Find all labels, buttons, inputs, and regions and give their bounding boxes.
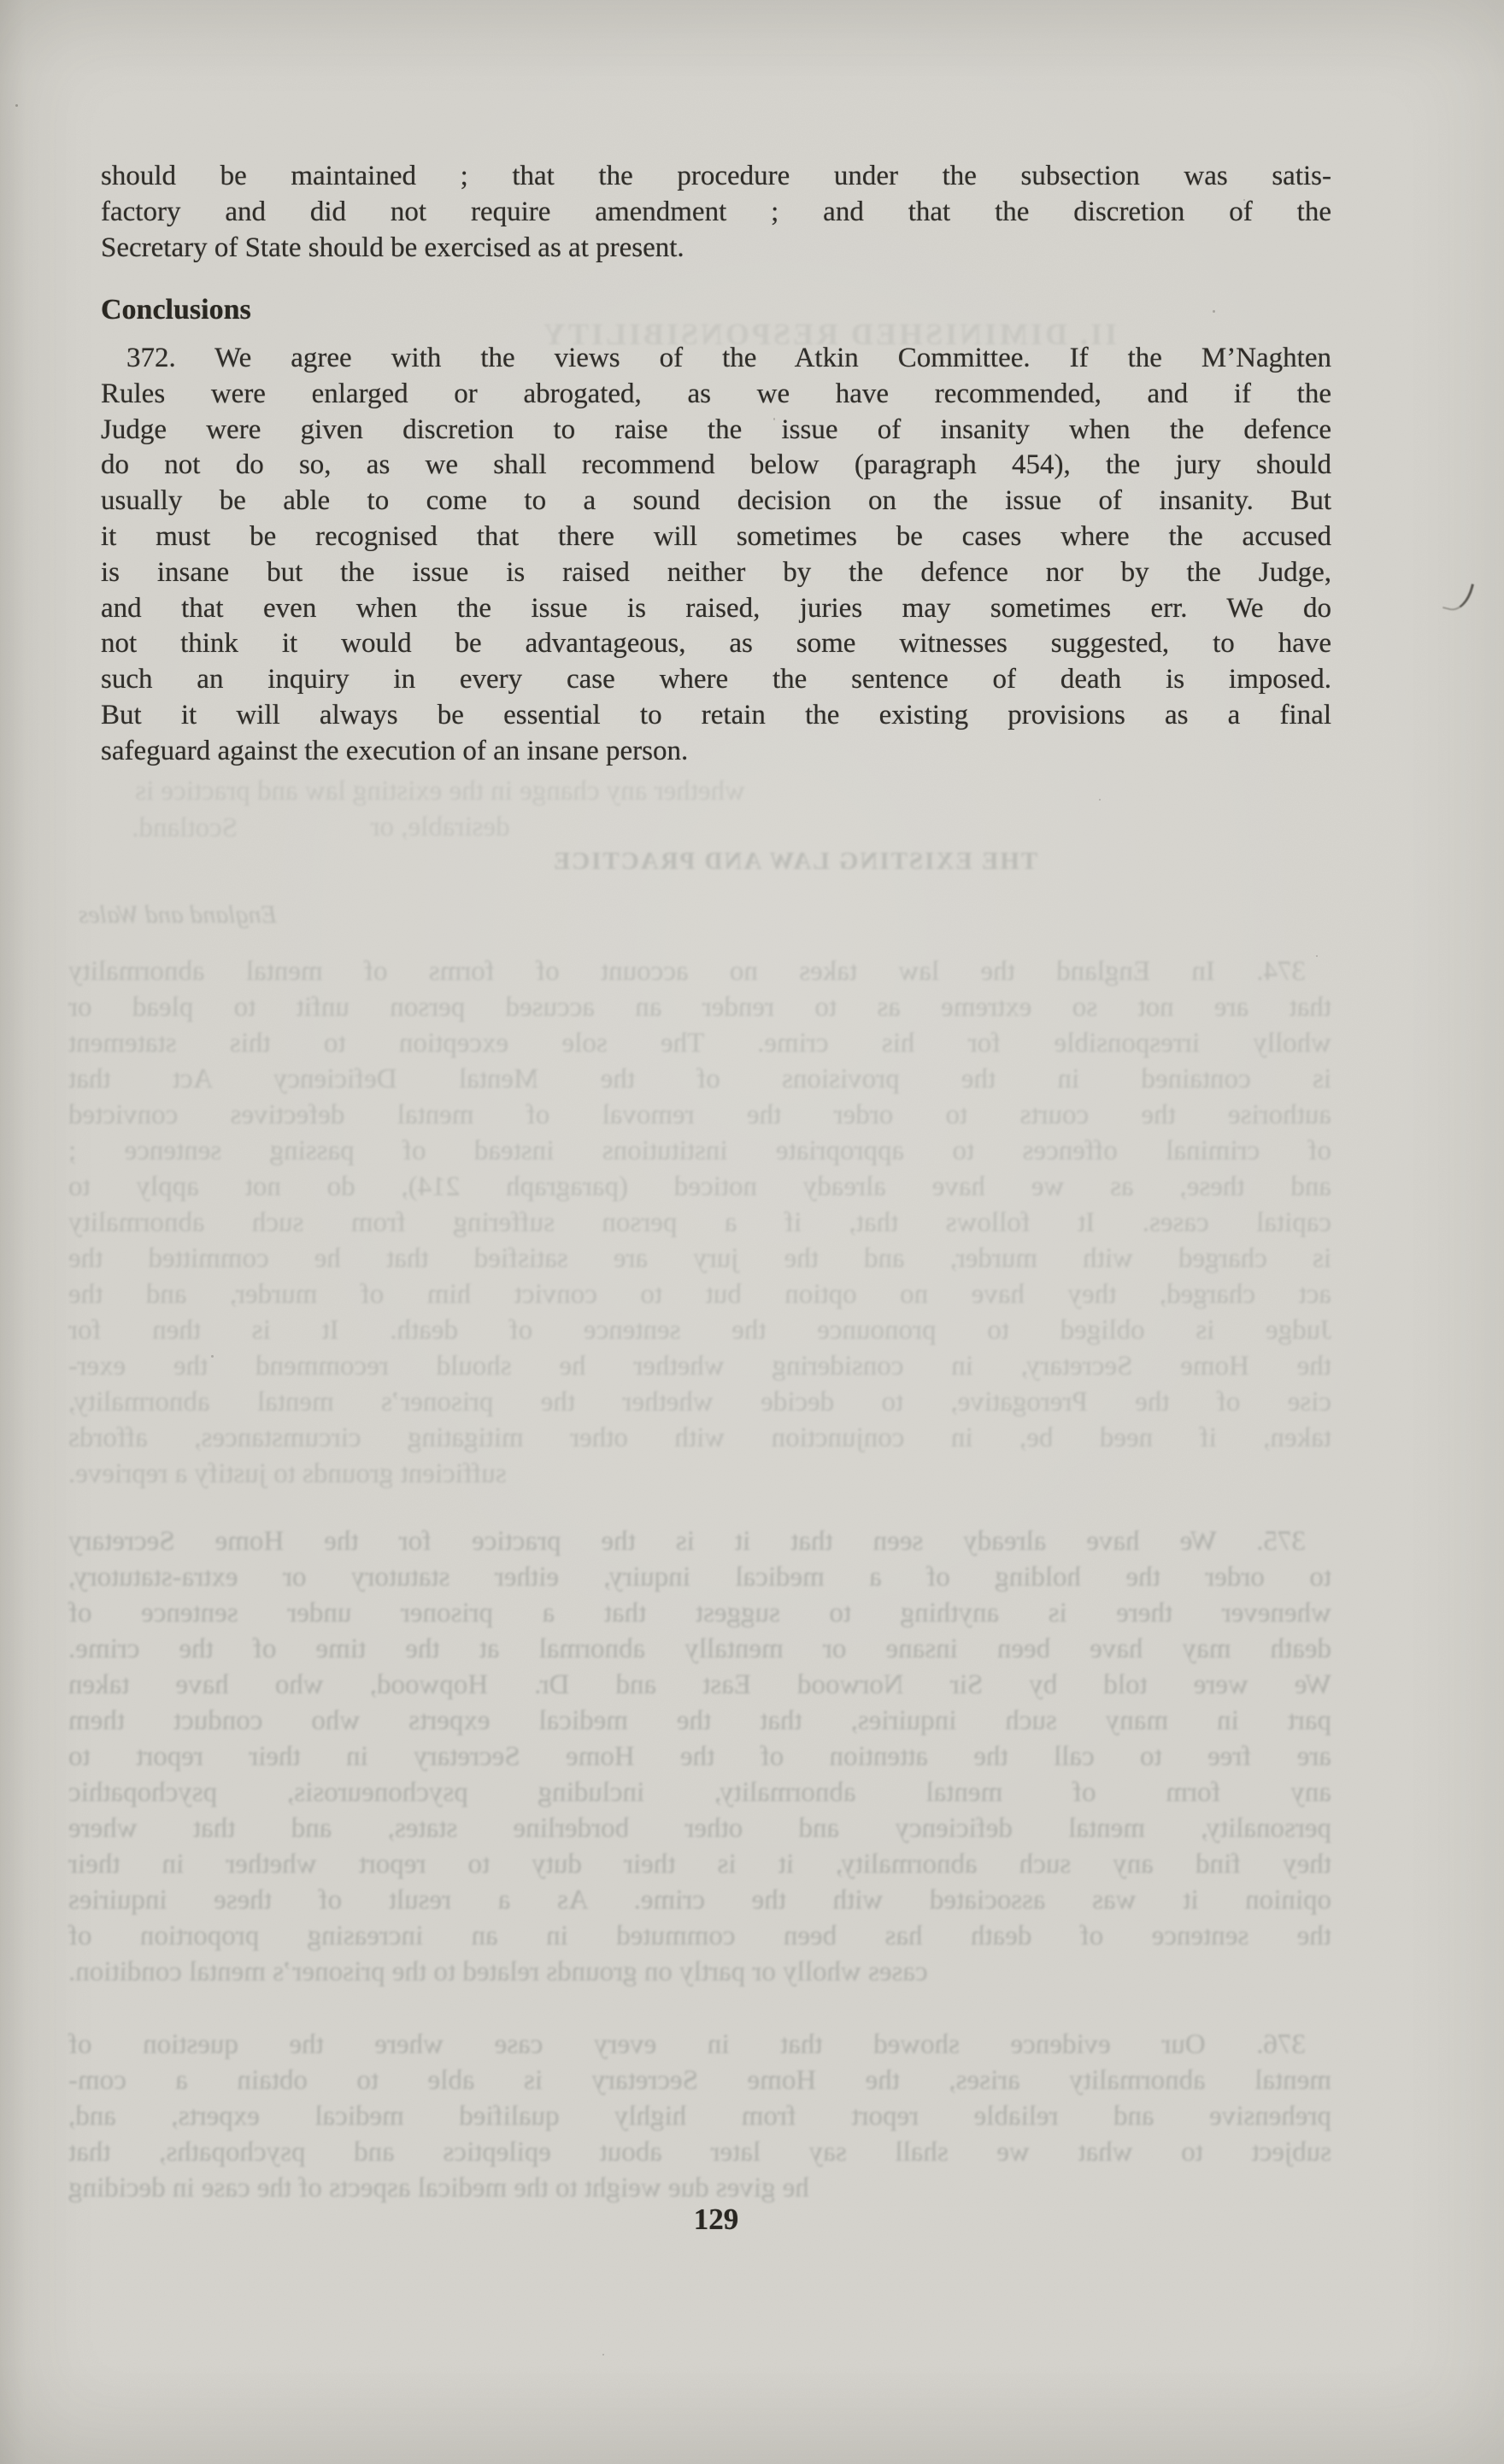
text-line: subject to what we shall say later about…	[68, 2134, 1331, 2170]
text-line: mental abnormality arises, the Home Secr…	[68, 2062, 1331, 2098]
text-line: act charged, they have no option but to …	[68, 1276, 1331, 1312]
text-line: But it will always be essential to retai…	[101, 698, 1331, 734]
text-line: should be maintained ; that the procedur…	[101, 159, 1331, 195]
text-line: is contained in the provisions of the Me…	[68, 1061, 1331, 1097]
bleedthrough-paragraph-376: 376. Our evidence showed that in every c…	[68, 2027, 1331, 2206]
conclusions-heading: Conclusions	[101, 294, 251, 326]
text-line: 372. We agree with the views of the Atki…	[101, 341, 1331, 377]
text-line: cases wholly or partly on grounds relate…	[68, 1954, 1331, 1990]
text-line: personality, mental deficiency and other…	[68, 1810, 1331, 1846]
text-line: that are not so extreme as to render an …	[68, 989, 1331, 1025]
scanned-page: II. DIMINISHED RESPONSIBILITY should be …	[0, 0, 1504, 2464]
text-line: 375. We have already seen that it is the…	[68, 1523, 1331, 1559]
text-line: it must be recognised that there will so…	[101, 519, 1331, 555]
text-line: such an inquiry in every case where the …	[101, 662, 1331, 698]
text-line: of criminal offences to appropriate inst…	[68, 1133, 1331, 1169]
text-line: Secretary of State should be exercised a…	[101, 231, 1331, 267]
text-line: sufficient grounds to justify a reprieve…	[68, 1456, 1331, 1492]
text-line: Judge were given discretion to raise the…	[101, 413, 1331, 449]
text-line: and these, as we have already noticed (p…	[68, 1169, 1331, 1205]
text-line: Rules were enlarged or abrogated, as we …	[101, 377, 1331, 413]
paragraph-372: 372. We agree with the views of the Atki…	[101, 341, 1331, 770]
bleedthrough-paragraph-374: 374. In England the law takes no account…	[68, 953, 1331, 1492]
text-line: taken, if need be, in conjunction with o…	[68, 1420, 1331, 1456]
text-line: he gives due weight to the medical aspec…	[68, 2170, 1331, 2206]
bleedthrough-subheading-england-wales: England and Wales	[75, 901, 277, 930]
text-line: safeguard against the execution of an in…	[101, 734, 1331, 770]
text-line: and that even when the issue is raised, …	[101, 591, 1331, 627]
text-line: 376. Our evidence showed that in every c…	[68, 2027, 1331, 2062]
text-line: is insane but the issue is raised neithe…	[101, 555, 1331, 591]
bleedthrough-fragment-scotland: Scotland.	[109, 810, 238, 846]
text-line: they find any such abnormality, it is th…	[68, 1846, 1331, 1882]
text-line: Judge is obliged to pronounce the senten…	[68, 1312, 1331, 1348]
speck	[15, 104, 18, 107]
speck	[602, 2354, 604, 2355]
text-line: any form of mental abnormality, includin…	[68, 1775, 1331, 1810]
text-line: is charged with murder, and the jury are…	[68, 1241, 1331, 1276]
text-line: capital cases. It follows that, if a per…	[68, 1205, 1331, 1241]
text-line: authorise the courts to order the remova…	[68, 1097, 1331, 1133]
text-line: are free to call the attention of the Ho…	[68, 1739, 1331, 1775]
text-line: opinion it was associated with the crime…	[68, 1882, 1331, 1918]
speck	[1213, 310, 1215, 313]
text-line: factory and did not require amendment ; …	[101, 195, 1331, 231]
text-line: prehensive and reliable report from high…	[68, 2098, 1331, 2134]
bleedthrough-paragraph-375: 375. We have already seen that it is the…	[68, 1523, 1331, 1990]
speck	[1099, 799, 1101, 801]
text-line: death may have been insane or mentally a…	[68, 1631, 1331, 1667]
text-line: usually be able to come to a sound decis…	[101, 484, 1331, 519]
bleedthrough-section-heading: THE EXISTING LAW AND PRACTICE	[299, 848, 1290, 876]
text-line: do not do so, as we shall recommend belo…	[101, 448, 1331, 484]
text-line: the sentence of death has been commuted …	[68, 1918, 1331, 1954]
text-line: We were told by Sir Norwood East and Dr.…	[68, 1667, 1331, 1703]
text-line: the Home Secretary, in considering wheth…	[68, 1348, 1331, 1384]
text-line: wholly irresponsible for his crime. The …	[68, 1025, 1331, 1061]
text-line: part in many such inquiries, that the me…	[68, 1703, 1331, 1739]
pen-mark	[1442, 578, 1474, 614]
text-line: cise of the Prerogative, to decide wheth…	[68, 1384, 1331, 1420]
text-line: 374. In England the law takes no account…	[68, 953, 1331, 989]
paragraph-intro: should be maintained ; that the procedur…	[101, 159, 1331, 266]
text-line: not think it would be advantageous, as s…	[101, 626, 1331, 662]
page-number: 129	[101, 2203, 1331, 2237]
text-line: whenever there is anything to suggest th…	[68, 1595, 1331, 1631]
text-line: to order the holding of a medical inquir…	[68, 1559, 1331, 1595]
